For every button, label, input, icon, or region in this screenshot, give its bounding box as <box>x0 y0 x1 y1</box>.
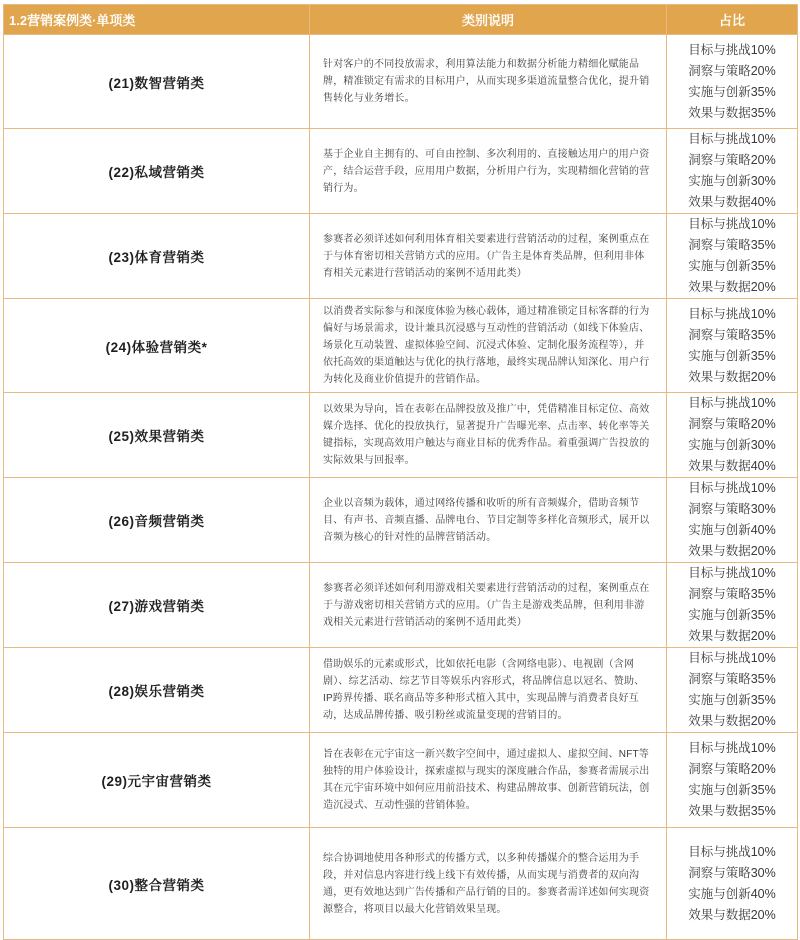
ratio-cell: 目标与挑战10% 洞察与策略35% 实施与创新35% 效果与数据20% <box>667 299 798 393</box>
ratio-line: 洞察与策略20% <box>667 150 797 171</box>
ratio-cell: 目标与挑战10% 洞察与策略20% 实施与创新30% 效果与数据40% <box>667 393 798 478</box>
ratio-line: 实施与创新40% <box>667 884 797 905</box>
category-name: (25)效果营销类 <box>4 393 310 478</box>
ratio-line: 洞察与策略30% <box>667 863 797 884</box>
ratio-line: 洞察与策略35% <box>667 325 797 346</box>
marketing-category-table: 1.2营销案例类·单项类 类别说明 占比 (21)数智营销类 针对客户的不同投放… <box>3 4 798 940</box>
ratio-line: 目标与挑战10% <box>667 214 797 235</box>
ratio-line: 洞察与策略20% <box>667 61 797 82</box>
header-description-label: 类别说明 <box>310 5 667 35</box>
ratio-line: 目标与挑战10% <box>667 304 797 325</box>
ratio-cell: 目标与挑战10% 洞察与策略35% 实施与创新35% 效果与数据20% <box>667 214 798 299</box>
ratio-line: 洞察与策略20% <box>667 759 797 780</box>
ratio-line: 效果与数据20% <box>667 277 797 298</box>
ratio-line: 洞察与策略35% <box>667 235 797 256</box>
ratio-line: 效果与数据20% <box>667 541 797 562</box>
ratio-line: 目标与挑战10% <box>667 648 797 669</box>
ratio-line: 洞察与策略30% <box>667 499 797 520</box>
ratio-line: 目标与挑战10% <box>667 563 797 584</box>
category-description: 综合协调地使用各种形式的传播方式，以多种传播媒介的整合运用为手段，并对信息内容进… <box>310 828 667 940</box>
ratio-cell: 目标与挑战10% 洞察与策略30% 实施与创新40% 效果与数据20% <box>667 828 798 940</box>
ratio-line: 效果与数据20% <box>667 367 797 388</box>
ratio-line: 效果与数据20% <box>667 626 797 647</box>
table-row: (24)体验营销类* 以消费者实际参与和深度体验为核心载体，通过精准锁定目标客群… <box>4 299 798 393</box>
ratio-line: 效果与数据40% <box>667 456 797 477</box>
table-row: (21)数智营销类 针对客户的不同投放需求，利用算法能力和数据分析能力精细化赋能… <box>4 35 798 129</box>
category-description: 参赛者必须详述如何利用游戏相关要素进行营销活动的过程，案例重点在于与游戏密切相关… <box>310 563 667 648</box>
category-description: 企业以音频为载体，通过网络传播和收听的所有音频媒介，借助音频节目、有声书、音频直… <box>310 478 667 563</box>
ratio-cell: 目标与挑战10% 洞察与策略35% 实施与创新35% 效果与数据20% <box>667 648 798 733</box>
ratio-line: 效果与数据35% <box>667 103 797 124</box>
ratio-line: 实施与创新35% <box>667 605 797 626</box>
category-description: 以效果为导向，旨在表彰在品牌投放及推广中，凭借精准目标定位、高效媒介选择、优化的… <box>310 393 667 478</box>
table-row: (29)元宇宙营销类 旨在表彰在元宇宙这一新兴数字空间中，通过虚拟人、虚拟空间、… <box>4 733 798 828</box>
ratio-line: 目标与挑战10% <box>667 478 797 499</box>
ratio-line: 效果与数据35% <box>667 801 797 822</box>
table-row: (22)私域营销类 基于企业自主拥有的、可自由控制、多次利用的、直接触达用户的用… <box>4 129 798 214</box>
table-row: (27)游戏营销类 参赛者必须详述如何利用游戏相关要素进行营销活动的过程，案例重… <box>4 563 798 648</box>
category-name: (27)游戏营销类 <box>4 563 310 648</box>
header-row: 1.2营销案例类·单项类 类别说明 占比 <box>4 5 798 35</box>
ratio-line: 目标与挑战10% <box>667 738 797 759</box>
ratio-line: 效果与数据20% <box>667 711 797 732</box>
ratio-line: 目标与挑战10% <box>667 129 797 150</box>
ratio-line: 实施与创新35% <box>667 256 797 277</box>
ratio-line: 效果与数据20% <box>667 905 797 926</box>
category-description: 参赛者必须详述如何利用体育相关要素进行营销活动的过程，案例重点在于与体育密切相关… <box>310 214 667 299</box>
ratio-cell: 目标与挑战10% 洞察与策略20% 实施与创新30% 效果与数据40% <box>667 129 798 214</box>
category-description: 以消费者实际参与和深度体验为核心载体，通过精准锁定目标客群的行为偏好与场景需求，… <box>310 299 667 393</box>
ratio-line: 洞察与策略20% <box>667 414 797 435</box>
header-ratio-label: 占比 <box>667 5 798 35</box>
ratio-cell: 目标与挑战10% 洞察与策略20% 实施与创新35% 效果与数据35% <box>667 35 798 129</box>
ratio-line: 目标与挑战10% <box>667 40 797 61</box>
category-description: 借助娱乐的元素或形式，比如依托电影（含网络电影）、电视剧（含网剧）、综艺活动、综… <box>310 648 667 733</box>
table-row: (25)效果营销类 以效果为导向，旨在表彰在品牌投放及推广中，凭借精准目标定位、… <box>4 393 798 478</box>
ratio-line: 实施与创新30% <box>667 171 797 192</box>
category-description: 基于企业自主拥有的、可自由控制、多次利用的、直接触达用户的用户资产，结合运营手段… <box>310 129 667 214</box>
ratio-cell: 目标与挑战10% 洞察与策略20% 实施与创新35% 效果与数据35% <box>667 733 798 828</box>
ratio-line: 目标与挑战10% <box>667 393 797 414</box>
table-row: (26)音频营销类 企业以音频为载体，通过网络传播和收听的所有音频媒介，借助音频… <box>4 478 798 563</box>
ratio-cell: 目标与挑战10% 洞察与策略35% 实施与创新35% 效果与数据20% <box>667 563 798 648</box>
category-name: (24)体验营销类* <box>4 299 310 393</box>
ratio-line: 洞察与策略35% <box>667 669 797 690</box>
category-description: 针对客户的不同投放需求，利用算法能力和数据分析能力精细化赋能品牌，精准锁定有需求… <box>310 35 667 129</box>
category-description: 旨在表彰在元宇宙这一新兴数字空间中，通过虚拟人、虚拟空间、NFT等独特的用户体验… <box>310 733 667 828</box>
ratio-line: 效果与数据40% <box>667 192 797 213</box>
ratio-line: 实施与创新35% <box>667 780 797 801</box>
ratio-line: 实施与创新35% <box>667 82 797 103</box>
category-name: (22)私域营销类 <box>4 129 310 214</box>
table-row: (30)整合营销类 综合协调地使用各种形式的传播方式，以多种传播媒介的整合运用为… <box>4 828 798 940</box>
category-name: (30)整合营销类 <box>4 828 310 940</box>
ratio-line: 实施与创新35% <box>667 346 797 367</box>
header-section-title: 1.2营销案例类·单项类 <box>4 5 310 35</box>
category-name: (21)数智营销类 <box>4 35 310 129</box>
category-name: (23)体育营销类 <box>4 214 310 299</box>
ratio-line: 实施与创新35% <box>667 690 797 711</box>
ratio-cell: 目标与挑战10% 洞察与策略30% 实施与创新40% 效果与数据20% <box>667 478 798 563</box>
category-name: (26)音频营销类 <box>4 478 310 563</box>
category-name: (28)娱乐营销类 <box>4 648 310 733</box>
ratio-line: 洞察与策略35% <box>667 584 797 605</box>
ratio-line: 实施与创新40% <box>667 520 797 541</box>
table-row: (28)娱乐营销类 借助娱乐的元素或形式，比如依托电影（含网络电影）、电视剧（含… <box>4 648 798 733</box>
ratio-line: 实施与创新30% <box>667 435 797 456</box>
table-row: (23)体育营销类 参赛者必须详述如何利用体育相关要素进行营销活动的过程，案例重… <box>4 214 798 299</box>
category-name: (29)元宇宙营销类 <box>4 733 310 828</box>
ratio-line: 目标与挑战10% <box>667 842 797 863</box>
